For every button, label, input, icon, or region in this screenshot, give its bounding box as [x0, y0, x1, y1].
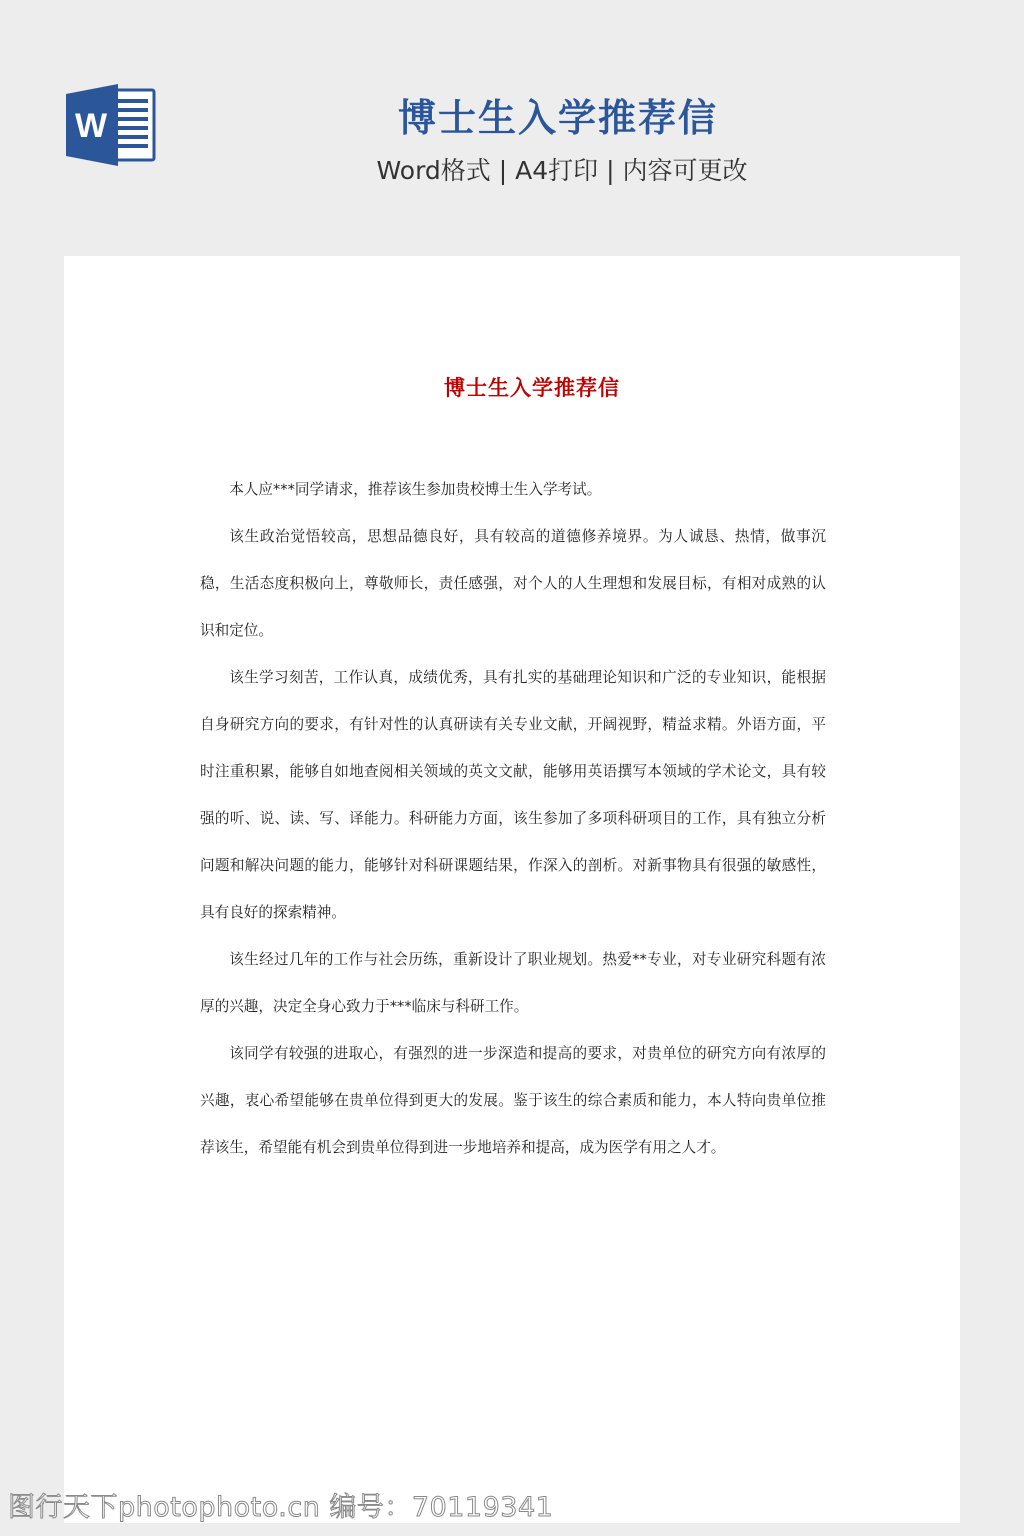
paragraph-1: 本人应***同学请求，推荐该生参加贵校博士生入学考试。	[200, 466, 826, 513]
header: W 博士生入学推荐信 Word格式 | A4打印 | 内容可更改	[0, 0, 1024, 256]
header-subtitle: Word格式 | A4打印 | 内容可更改	[0, 152, 1024, 190]
paragraph-3: 该生学习刻苦，工作认真，成绩优秀，具有扎实的基础理论知识和广泛的专业知识，能根据…	[200, 654, 826, 936]
watermark: 图行天下photophoto.cn 编号：70119341	[8, 1488, 553, 1528]
document-page: 博士生入学推荐信 本人应***同学请求，推荐该生参加贵校博士生入学考试。 该生政…	[64, 256, 960, 1523]
header-title: 博士生入学推荐信	[0, 92, 1024, 144]
document-title: 博士生入学推荐信	[64, 372, 1000, 404]
paragraph-5: 该同学有较强的进取心，有强烈的进一步深造和提高的要求，对贵单位的研究方向有浓厚的…	[200, 1030, 826, 1171]
paragraph-2: 该生政治觉悟较高，思想品德良好，具有较高的道德修养境界。为人诚恳、热情，做事沉稳…	[200, 513, 826, 654]
document-body: 本人应***同学请求，推荐该生参加贵校博士生入学考试。 该生政治觉悟较高，思想品…	[200, 466, 826, 1171]
paragraph-4: 该生经过几年的工作与社会历练，重新设计了职业规划。热爱**专业，对专业研究科题有…	[200, 936, 826, 1030]
